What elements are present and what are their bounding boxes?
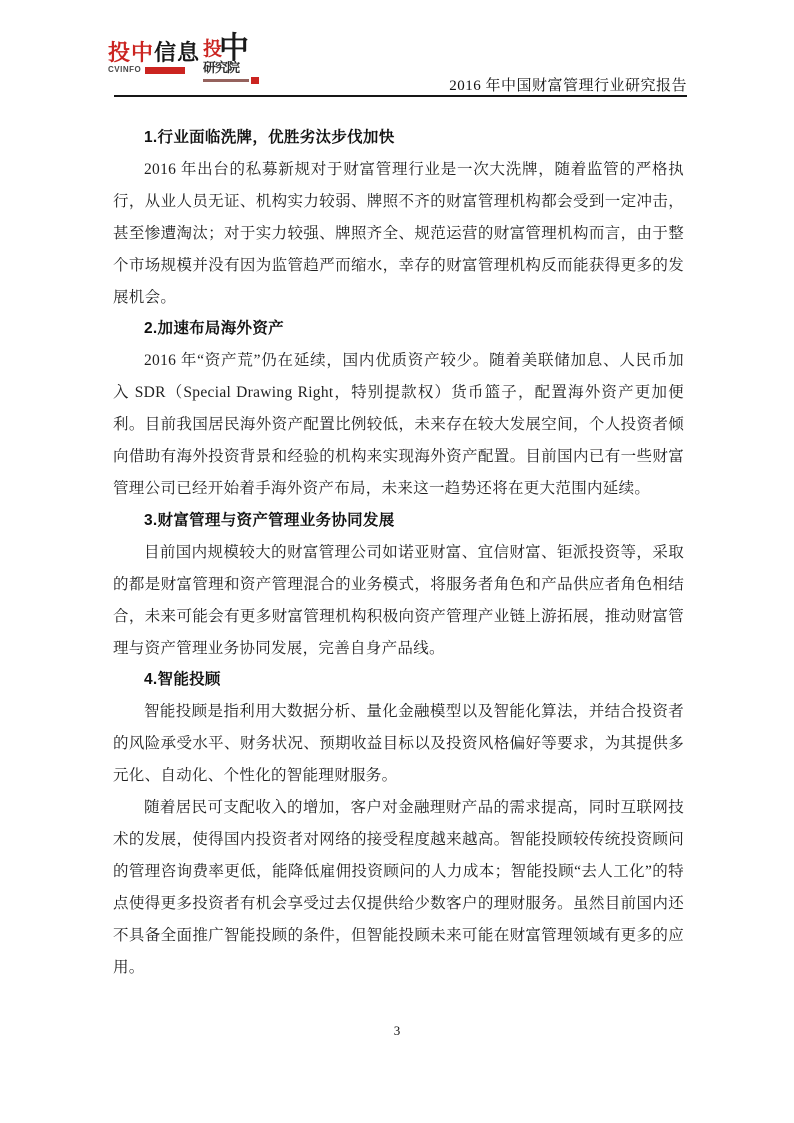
cvinfo-logo-wordmark: 投中信息 xyxy=(108,42,200,64)
page-footer: 3 xyxy=(0,1022,794,1040)
research-logo-fineprint-bar xyxy=(203,79,249,82)
cvinfo-logo-caption-row: CVINFO xyxy=(108,66,200,74)
section-heading-4: 4.智能投顾 xyxy=(113,664,684,696)
report-page: 投中信息 CVINFO 投 中 研究院 2016 年中国财富管理行业研究报告 1… xyxy=(0,0,794,1123)
section-3-paragraph-1: 目前国内规模较大的财富管理公司如诺亚财富、宜信财富、钜派投资等，采取的都是财富管… xyxy=(113,537,684,665)
section-heading-3: 3.财富管理与资产管理业务协同发展 xyxy=(113,505,684,537)
research-institute-logo: 投 中 研究院 xyxy=(203,34,265,86)
report-body: 1.行业面临洗牌，优胜劣汰步伐加快 2016 年出台的私募新规对于财富管理行业是… xyxy=(113,122,684,983)
research-logo-caption: 研究院 xyxy=(203,61,239,74)
research-logo-fineprint xyxy=(203,77,259,84)
page-number: 3 xyxy=(394,1023,401,1038)
section-1-paragraph-1: 2016 年出台的私募新规对于财富管理行业是一次大洗牌，随着监管的严格执行，从业… xyxy=(113,154,684,314)
section-4-paragraph-2: 随着居民可支配收入的增加，客户对金融理财产品的需求提高，同时互联网技术的发展，使… xyxy=(113,792,684,983)
section-heading-1: 1.行业面临洗牌，优胜劣汰步伐加快 xyxy=(113,122,684,154)
cvinfo-logo-red-bar xyxy=(145,67,185,74)
section-2-paragraph-1: 2016 年“资产荒”仍在延续，国内优质资产较少。随着美联储加息、人民币加入 S… xyxy=(113,345,684,505)
cvinfo-logo-text-black: 信息 xyxy=(154,40,200,65)
cvinfo-logo-text-red: 投中 xyxy=(108,40,154,65)
cvinfo-logo-caption: CVINFO xyxy=(108,66,141,74)
report-title: 2016 年中国财富管理行业研究报告 xyxy=(449,74,687,95)
section-heading-2: 2.加速布局海外资产 xyxy=(113,313,684,345)
cvinfo-logo: 投中信息 CVINFO xyxy=(108,42,200,74)
research-logo-red-square xyxy=(251,77,259,84)
header-divider-line xyxy=(114,95,687,97)
section-4-paragraph-1: 智能投顾是指利用大数据分析、量化金融模型以及智能化算法，并结合投资者的风险承受水… xyxy=(113,696,684,792)
